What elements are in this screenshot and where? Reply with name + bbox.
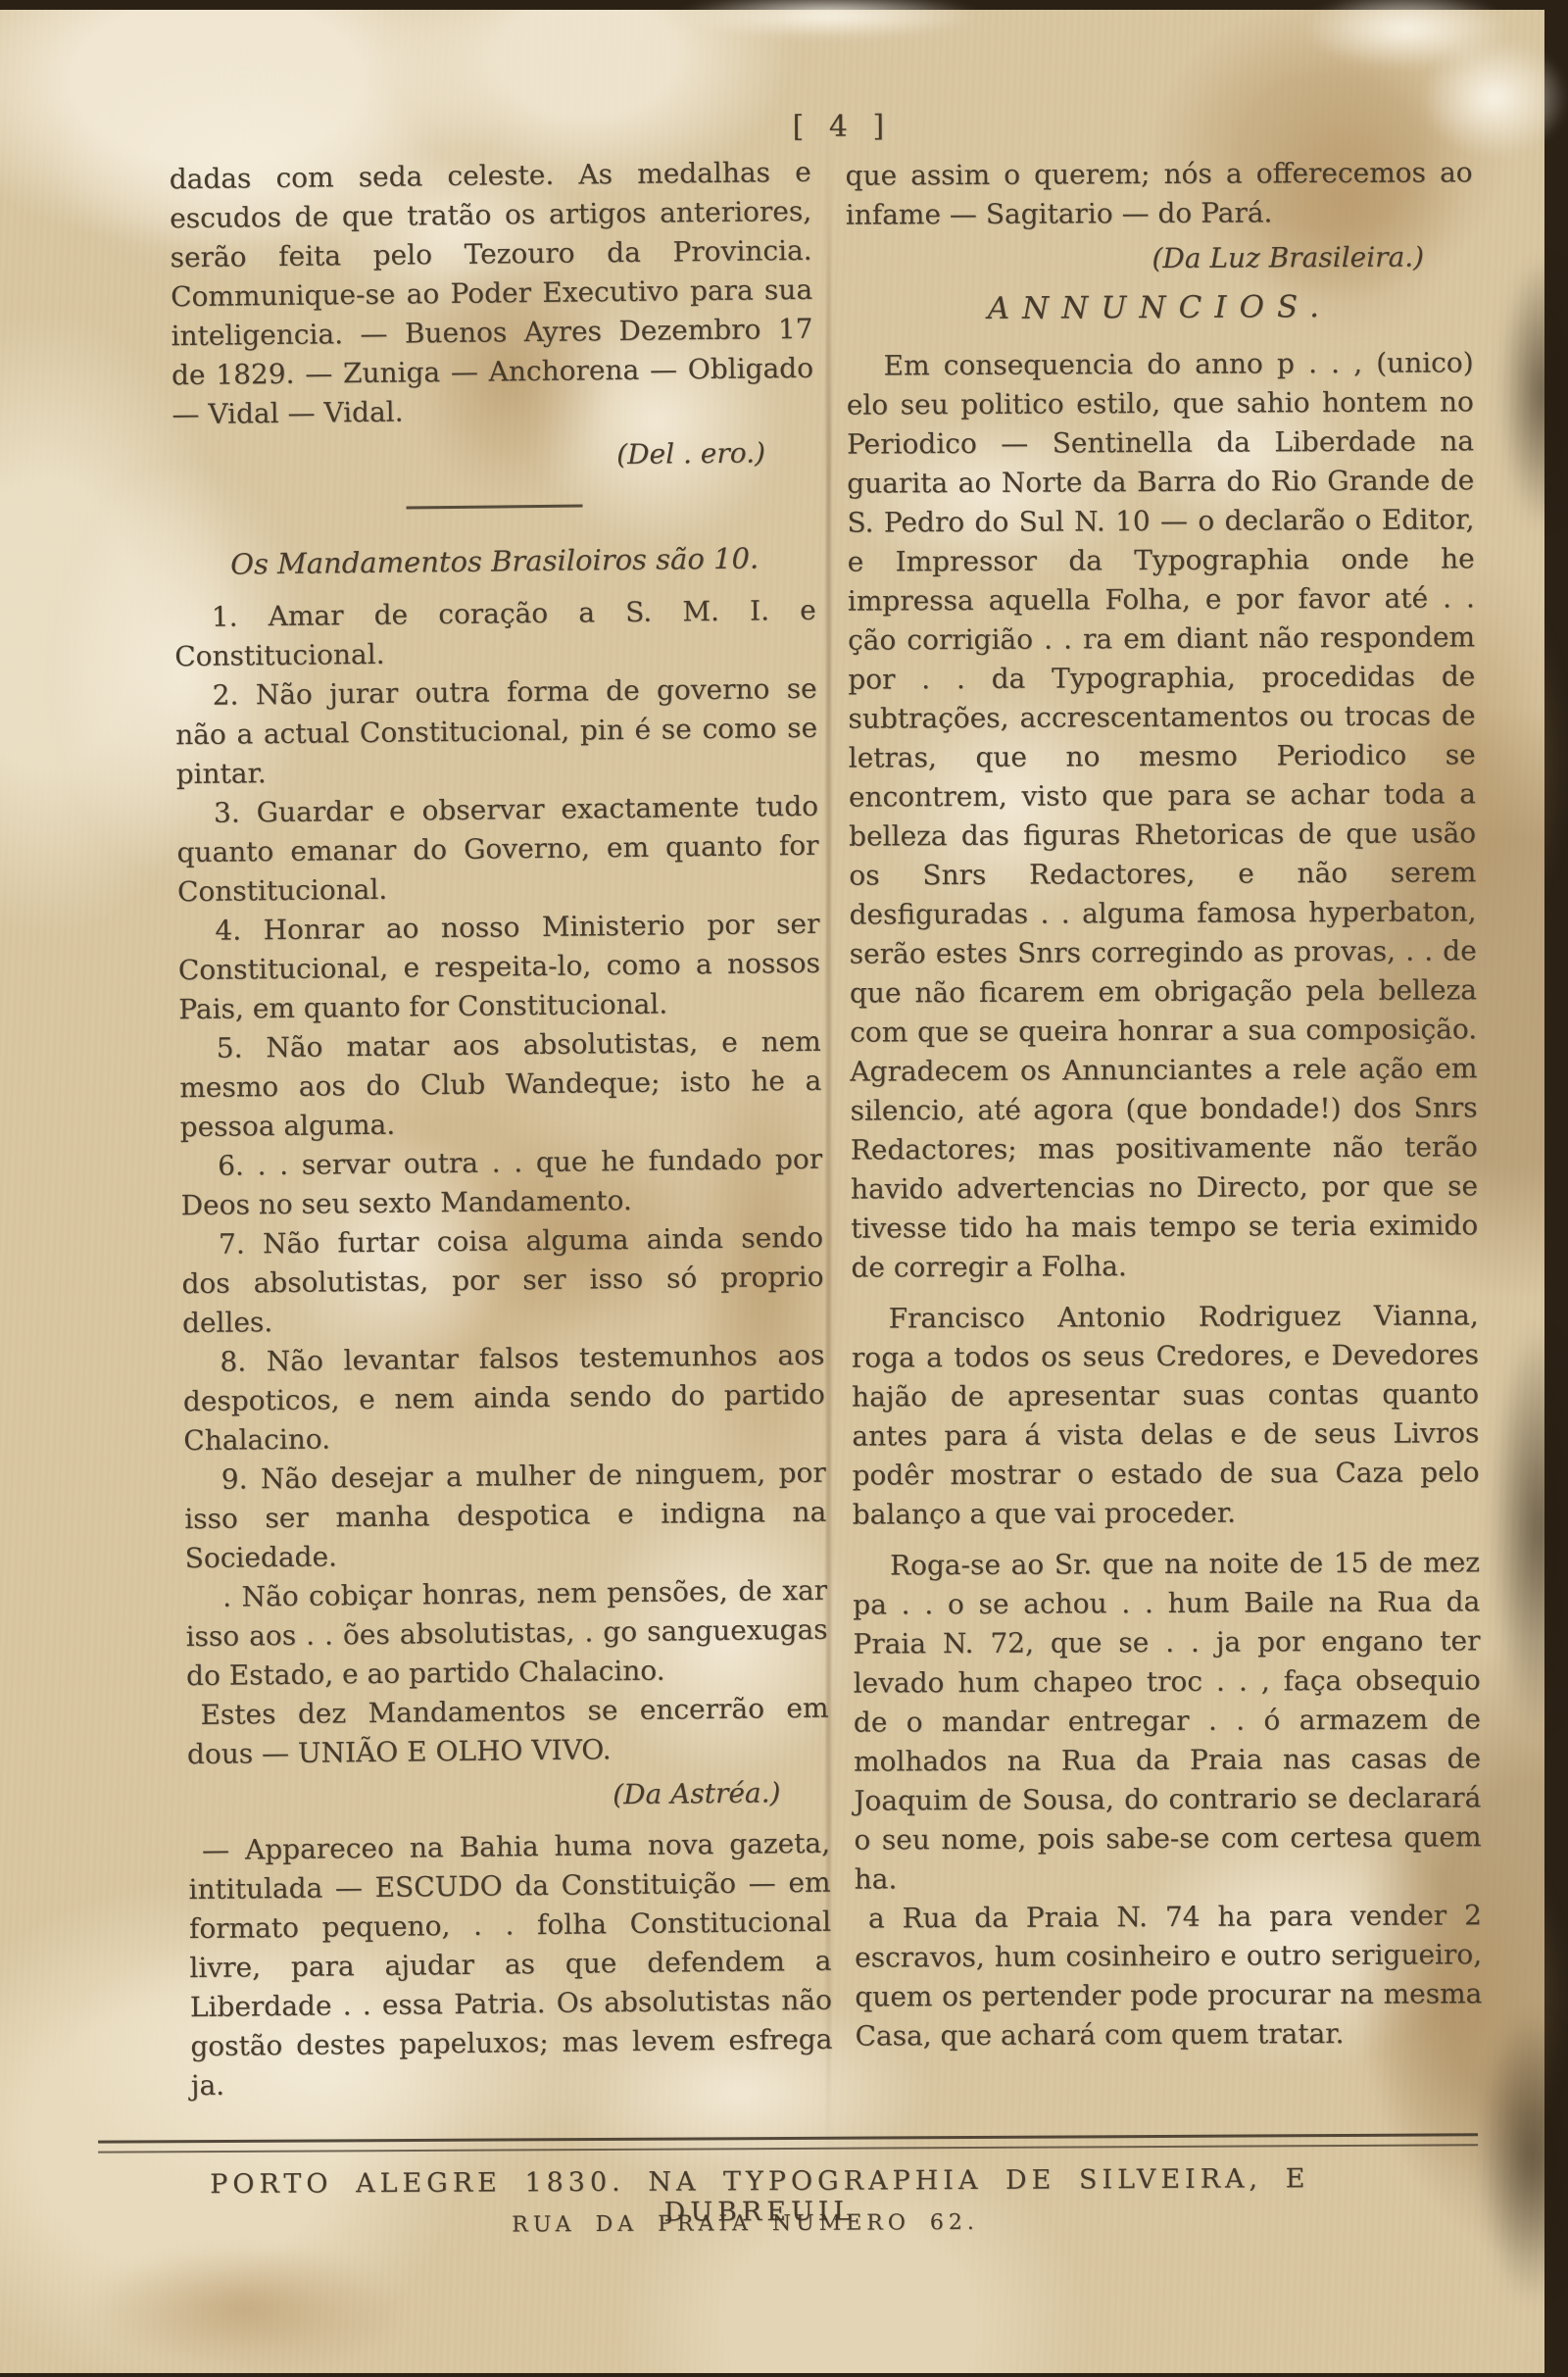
mandamento-item: 1. Amar de coração a S. M. I. e Constitu…	[174, 591, 817, 676]
carryover-paragraph: que assim o querem; nós a offerecemos ao…	[845, 153, 1472, 234]
imprint-address: RUA DA PRAIA NUMERO 62.	[377, 2209, 1112, 2238]
left-column: dadas com seda celeste. As medalhas e es…	[169, 153, 832, 2105]
mandamento-item: 8. Não levantar falsos testemunhos aos d…	[182, 1336, 825, 1461]
scanned-newspaper-page: [ 4 ] dadas com seda celeste. As medalha…	[0, 0, 1568, 2377]
mandamento-item: 4. Honrar ao nosso Ministerio por ser Co…	[177, 905, 820, 1029]
mandamentos-heading: Os Mandamentos Brasiloiros são 10.	[173, 538, 815, 584]
announcement-paragraph: Roga-se ao Sr. que na noite de 15 de mez…	[853, 1543, 1482, 1899]
mandamento-item: 6. . . servar outra . . que he fundado p…	[180, 1140, 823, 1225]
mandamento-item: 7. Não furtar coisa alguma ainda sendo d…	[181, 1218, 824, 1343]
page-number: [ 4 ]	[778, 109, 906, 144]
bahia-note: — Appareceo na Bahia huma nova gazeta, i…	[188, 1824, 833, 2105]
announcement-paragraph: Em consequencia do anno p . . , (unico) …	[847, 343, 1479, 1287]
announcement-paragraph: a Rua da Praia N. 74 ha para vender 2 es…	[855, 1896, 1483, 2055]
source-attribution: (Da Luz Brasileira.)	[846, 237, 1473, 279]
mandamento-item: 2. Não jurar outra forma de governo se n…	[174, 669, 817, 794]
source-attribution: (Da Astréa.)	[187, 1773, 829, 1819]
mandamento-item: 9. Não desejar a mulher de ninguem, por …	[184, 1454, 827, 1578]
printed-content: [ 4 ] dadas com seda celeste. As medalha…	[0, 0, 1568, 2377]
footer-double-rule	[98, 2133, 1478, 2153]
annuncios-heading: ANNUNCIOS.	[846, 286, 1473, 328]
source-attribution: (Del . ero.)	[172, 433, 814, 479]
right-column: que assim o querem; nós a offerecemos ao…	[845, 153, 1482, 2055]
section-divider-rule	[406, 505, 582, 510]
mandamento-item: 5. Não matar aos absolutistas, e nem mes…	[179, 1022, 822, 1147]
mandamento-item: 3. Guardar e observar exactamente tudo q…	[176, 787, 819, 912]
intro-paragraph: dadas com seda celeste. As medalhas e es…	[169, 153, 813, 434]
announcement-paragraph: Francisco Antonio Rodriguez Vianna, roga…	[852, 1296, 1480, 1534]
mandamento-item: . Não cobiçar honras, nem pensões, de xa…	[185, 1571, 828, 1696]
mandamentos-closing: Estes dez Mandamentos se encerrão em dou…	[186, 1689, 829, 1774]
